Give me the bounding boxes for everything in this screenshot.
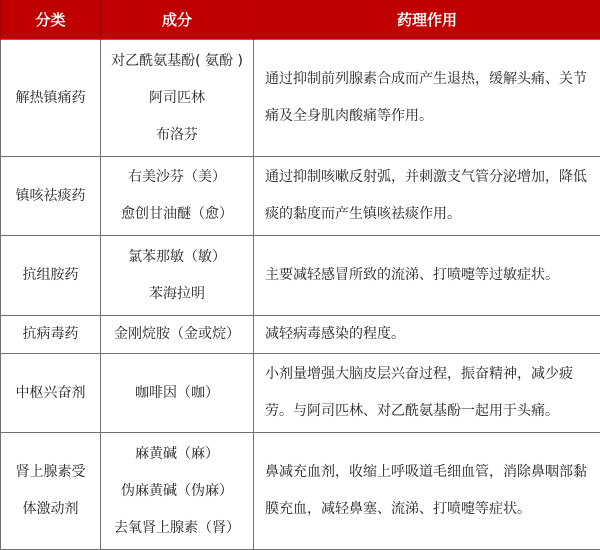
ingredient: 咖啡因（咖） (105, 375, 249, 412)
ingredients-cell: 对乙酰氨基酚( 氨酚 ) 阿司匹林 布洛芬 (101, 40, 254, 157)
ingredients-cell: 右美沙芬（美） 愈创甘油醚（愈） (101, 157, 254, 236)
pharmacology-cell: 鼻减充血剂，收缩上呼吸道毛细血管，消除鼻咽部黏膜充血，减轻鼻塞、流涕、打喷嚏等症… (254, 433, 600, 550)
ingredient: 麻黄碱（麻） (105, 436, 249, 473)
table-row: 解热镇痛药 对乙酰氨基酚( 氨酚 ) 阿司匹林 布洛芬 通过抑制前列腺素合成而产… (1, 40, 600, 157)
category-cell: 中枢兴奋剂 (1, 354, 101, 433)
ingredients-cell: 氯苯那敏（敏） 苯海拉明 (101, 236, 254, 316)
table-row: 抗组胺药 氯苯那敏（敏） 苯海拉明 主要减轻感冒所致的流涕、打喷嚏等过敏症状。 (1, 236, 600, 316)
category-line: 体激动剂 (5, 491, 96, 528)
ingredient: 苯海拉明 (105, 276, 249, 313)
cold-medicine-table: 分类 成分 药理作用 解热镇痛药 对乙酰氨基酚( 氨酚 ) 阿司匹林 布洛芬 通… (0, 0, 600, 550)
category-cell: 解热镇痛药 (1, 40, 101, 157)
header-pharmacology: 药理作用 (254, 0, 600, 40)
pharmacology-cell: 通过抑制前列腺素合成而产生退热，缓解头痛、关节痛及全身肌肉酸痛等作用。 (254, 40, 600, 157)
category-cell: 镇咳祛痰药 (1, 157, 101, 236)
pharmacology-cell: 小剂量增强大脑皮层兴奋过程，振奋精神，减少疲劳。与阿司匹林、对乙酰氨基酚一起用于… (254, 354, 600, 433)
ingredient: 右美沙芬（美） (105, 159, 249, 196)
ingredients-cell: 金刚烷胺（金或烷） (101, 316, 254, 354)
ingredient: 布洛芬 (105, 117, 249, 154)
ingredient: 氯苯那敏（敏） (105, 239, 249, 276)
ingredient: 去氧肾上腺素（肾） (105, 510, 249, 547)
header-row: 分类 成分 药理作用 (1, 0, 600, 40)
ingredients-cell: 麻黄碱（麻） 伪麻黄碱（伪麻） 去氧肾上腺素（肾） (101, 433, 254, 550)
table-row: 中枢兴奋剂 咖啡因（咖） 小剂量增强大脑皮层兴奋过程，振奋精神，减少疲劳。与阿司… (1, 354, 600, 433)
ingredient: 对乙酰氨基酚( 氨酚 ) (105, 43, 249, 80)
header-category: 分类 (1, 0, 101, 40)
pharmacology-cell: 减轻病毒感染的程度。 (254, 316, 600, 354)
category-cell: 肾上腺素受 体激动剂 (1, 433, 101, 550)
ingredient: 愈创甘油醚（愈） (105, 196, 249, 233)
category-line: 肾上腺素受 (5, 454, 96, 491)
table-row: 镇咳祛痰药 右美沙芬（美） 愈创甘油醚（愈） 通过抑制咳嗽反射弧，并刺激支气管分… (1, 157, 600, 236)
ingredient: 金刚烷胺（金或烷） (105, 316, 249, 353)
table-row: 抗病毒药 金刚烷胺（金或烷） 减轻病毒感染的程度。 (1, 316, 600, 354)
category-cell: 抗组胺药 (1, 236, 101, 316)
category-cell: 抗病毒药 (1, 316, 101, 354)
table-row: 肾上腺素受 体激动剂 麻黄碱（麻） 伪麻黄碱（伪麻） 去氧肾上腺素（肾） 鼻减充… (1, 433, 600, 550)
ingredients-cell: 咖啡因（咖） (101, 354, 254, 433)
pharmacology-cell: 主要减轻感冒所致的流涕、打喷嚏等过敏症状。 (254, 236, 600, 316)
header-ingredients: 成分 (101, 0, 254, 40)
pharmacology-cell: 通过抑制咳嗽反射弧，并刺激支气管分泌增加，降低痰的黏度而产生镇咳祛痰作用。 (254, 157, 600, 236)
ingredient: 伪麻黄碱（伪麻） (105, 473, 249, 510)
ingredient: 阿司匹林 (105, 80, 249, 117)
